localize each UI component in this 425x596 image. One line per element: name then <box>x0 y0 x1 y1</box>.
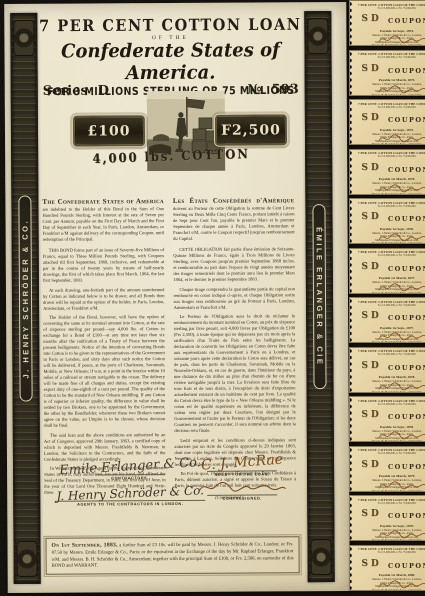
countersignature-squiggle <box>197 478 287 495</box>
left-ornamental-band: J. HENRY SCHRÖDER & CO. <box>10 13 40 584</box>
coupon-title-wrap: COUPON <box>382 60 425 78</box>
interest-coupon: 7 PER CENT. COTTON LOAN OF THE CONFEDERA… <box>349 50 425 96</box>
francs-denomination-plaque: F2,500 <box>215 114 287 145</box>
sterling-denomination-plaque: £100 <box>73 115 145 146</box>
coupon-series-marks: S D <box>358 14 382 24</box>
coupon-midrow: S D COUPON <box>358 307 425 325</box>
coupon-series-marks: S D <box>358 559 382 569</box>
interest-coupon: 7 PER CENT. COTTON LOAN OF THE CONFEDERA… <box>349 248 425 294</box>
coupon-midrow: S D COUPON <box>358 456 425 474</box>
coupon-title: COUPON <box>388 512 425 520</box>
interest-coupon: 7 PER CENT. COTTON LOAN OF THE CONFEDERA… <box>349 347 425 393</box>
coupon-title-wrap: COUPON <box>382 258 425 276</box>
loan-agent-signature-block: C. J. McRae AGENT FOR THE LOAN. CONTRESI… <box>187 454 297 501</box>
coupon-title-wrap: COUPON <box>382 109 425 127</box>
coupon-title-wrap: COUPON <box>382 208 425 226</box>
coupon-signature-squiggle <box>377 577 425 589</box>
coupon-signature-squiggle <box>377 329 425 341</box>
coupon-signature-squiggle <box>377 428 425 440</box>
coupon-mark-2: D <box>371 311 379 321</box>
coupon-signature-squiggle <box>377 280 425 292</box>
coupon-title-wrap: COUPON <box>382 357 425 375</box>
english-paragraph: THIS BOND forms part of an issue of Seve… <box>43 247 165 284</box>
coupon-signature-squiggle <box>377 131 425 143</box>
coupon-mark-1: S <box>361 113 368 123</box>
right-band-name: ÉMILE ERLANGER & CIE <box>312 204 326 389</box>
coupon-title-wrap: COUPON <box>382 555 425 573</box>
coupon-mark-2: D <box>371 64 379 74</box>
coupon-mark-1: S <box>361 212 368 222</box>
coupon-signature-squiggle <box>377 478 425 490</box>
signature-zone: Emile Erlanger & Co. CONTRACTORS. J. Hen… <box>47 454 297 534</box>
bond-number: № 593 <box>247 82 298 97</box>
coupon-mark-1: S <box>361 410 368 420</box>
coupon-title-wrap: COUPON <box>382 159 425 177</box>
interest-coupon: 7 PER CENT. COTTON LOAN OF THE CONFEDERA… <box>349 99 425 145</box>
coupon-mark-1: S <box>361 460 368 470</box>
countersigned-label: CONTRESIGNED. <box>207 494 277 500</box>
coupon-mark-1: S <box>361 559 368 569</box>
coupon-series-marks: S D <box>358 311 382 321</box>
coupon-header: 7 PER CENT. COTTON LOAN OF THE CONFEDERA… <box>358 399 425 403</box>
coupon-series-marks: S D <box>358 163 382 173</box>
english-text-column: The Confederate States of America are in… <box>42 197 165 499</box>
issuer-name: Confederate States of America. <box>38 39 302 85</box>
french-paragraph: Le Porteur de l'Obligation aura le droit… <box>174 314 296 435</box>
coupon-mark-2: D <box>371 410 379 420</box>
coupon-mark-1: S <box>361 262 368 272</box>
french-opening-rest: doivent au Porteur de cette Obligation l… <box>173 206 295 242</box>
coupon-midrow: S D COUPON <box>358 60 425 78</box>
coupon-title: COUPON <box>388 166 425 174</box>
coupon-title: COUPON <box>388 265 425 273</box>
coupon-title-wrap: COUPON <box>382 10 425 28</box>
loan-title: 7 PER CENT COTTON LOAN <box>38 15 302 35</box>
coupon-signature-squiggle <box>377 181 425 193</box>
coupon-series-marks: S D <box>358 113 382 123</box>
interest-coupon: 7 PER CENT. COTTON LOAN OF THE CONFEDERA… <box>349 149 425 195</box>
coupon-title: COUPON <box>388 562 425 570</box>
coupon-signature-squiggle <box>377 230 425 242</box>
interest-coupon: 7 PER CENT. COTTON LOAN OF THE CONFEDERA… <box>349 495 425 541</box>
coupon-title: COUPON <box>388 314 425 322</box>
french-paragraph: CETTE OBLIGATION fait partie d'une émiss… <box>173 247 295 284</box>
coupon-mark-1: S <box>361 311 368 321</box>
bond-certificate: J. HENRY SCHRÖDER & CO. ÉMILE ERLANGER &… <box>4 2 350 593</box>
coupon-series-marks: S D <box>358 509 382 519</box>
series-value: D <box>98 83 109 98</box>
english-paragraph: The Holder of the Bond, however, will ha… <box>43 314 165 429</box>
contractors-signature-block: Emile Erlanger & Co. CONTRACTORS. J. Hen… <box>55 459 205 507</box>
coupon-title: COUPON <box>388 364 425 372</box>
coupon-midrow: S D COUPON <box>358 10 425 28</box>
coupon-title: COUPON <box>388 215 425 223</box>
coupon-midrow: S D COUPON <box>358 505 425 523</box>
redemption-date-lead: On 1st September, 1883, <box>51 542 117 548</box>
coupon-series-marks: S D <box>358 460 382 470</box>
interest-coupon: 7 PER CENT. COTTON LOAN OF THE CONFEDERA… <box>349 198 425 244</box>
series: Series D <box>43 83 109 98</box>
coupon-mark-1: S <box>361 361 368 371</box>
coupon-mark-2: D <box>371 460 379 470</box>
coupon-mark-2: D <box>371 361 379 371</box>
coupon-header: 7 PER CENT. COTTON LOAN OF THE CONFEDERA… <box>358 498 425 502</box>
coupon-title-wrap: COUPON <box>382 456 425 474</box>
interest-coupon: 7 PER CENT. COTTON LOAN OF THE CONFEDERA… <box>349 396 425 442</box>
coupon-midrow: S D COUPON <box>358 555 425 573</box>
coupon-header: 7 PER CENT. COTTON LOAN OF THE CONFEDERA… <box>358 102 425 106</box>
interest-coupon: 7 PER CENT. COTTON LOAN OF THE CONFEDERA… <box>349 297 425 343</box>
number-label: № <box>247 82 261 97</box>
english-opening-rest: are indebted to the Holder of this Bond … <box>42 206 164 242</box>
coupon-title-wrap: COUPON <box>382 406 425 424</box>
number-value: 593 <box>272 82 299 97</box>
coupon-title: COUPON <box>388 17 425 25</box>
coupon-series-marks: S D <box>358 262 382 272</box>
coupon-signature-squiggle <box>377 527 425 539</box>
coupon-header: 7 PER CENT. COTTON LOAN OF THE CONFEDERA… <box>358 300 425 304</box>
english-paragraph: At each drawing, one-fortieth part of th… <box>43 287 165 312</box>
coupon-title-wrap: COUPON <box>382 307 425 325</box>
english-opening-paragraph: The Confederate States of America are in… <box>42 197 164 243</box>
french-lead: Les États Confédérés d'Amérique <box>173 196 295 205</box>
sterling-amount: £100 <box>87 123 130 139</box>
coupon-mark-1: S <box>361 64 368 74</box>
coupon-midrow: S D COUPON <box>358 357 425 375</box>
interest-coupon: 7 PER CENT. COTTON LOAN OF THE CONFEDERA… <box>349 446 425 492</box>
series-label: Series <box>43 84 88 99</box>
coupon-mark-1: S <box>361 14 368 24</box>
coupon-midrow: S D COUPON <box>358 406 425 424</box>
interest-coupon: 7 PER CENT. COTTON LOAN OF THE CONFEDERA… <box>349 0 425 46</box>
coupon-title: COUPON <box>388 463 425 471</box>
coupon-series-marks: S D <box>358 212 382 222</box>
scanned-bond-document: { "certificate": { "header": { "line1": … <box>0 0 425 596</box>
coupon-series-marks: S D <box>358 64 382 74</box>
coupon-signature-squiggle <box>377 32 425 44</box>
coupon-column: 7 PER CENT. COTTON LOAN OF THE CONFEDERA… <box>349 0 425 596</box>
interest-coupon: 7 PER CENT. COTTON LOAN OF THE CONFEDERA… <box>349 545 425 591</box>
coupon-signature-squiggle <box>377 379 425 391</box>
coupon-header: 7 PER CENT. COTTON LOAN OF THE CONFEDERA… <box>358 3 425 7</box>
french-opening-paragraph: Les États Confédérés d'Amérique doivent … <box>173 196 295 242</box>
coupon-signature-squiggle <box>377 82 425 94</box>
coupon-series-marks: S D <box>358 410 382 420</box>
coupon-midrow: S D COUPON <box>358 159 425 177</box>
coupon-title-wrap: COUPON <box>382 505 425 523</box>
coupon-midrow: S D COUPON <box>358 258 425 276</box>
left-band-name: J. HENRY SCHRÖDER & CO. <box>18 196 32 402</box>
coupon-title: COUPON <box>388 116 425 124</box>
coupon-mark-2: D <box>371 113 379 123</box>
coupon-mark-2: D <box>371 509 379 519</box>
coupon-midrow: S D COUPON <box>358 109 425 127</box>
french-paragraph: Chaque tirage comprendra la quarantième … <box>173 286 295 311</box>
coupon-mark-2: D <box>371 559 379 569</box>
coupon-midrow: S D COUPON <box>358 208 425 226</box>
coupon-mark-1: S <box>361 509 368 519</box>
redemption-footer: On 1st September, 1883, a further Sum of… <box>45 536 299 575</box>
francs-amount: F2,500 <box>221 122 281 138</box>
coupon-header: 7 PER CENT. COTTON LOAN OF THE CONFEDERA… <box>358 201 425 205</box>
english-lead: The Confederate States of America <box>42 197 164 206</box>
coupon-title: COUPON <box>388 67 425 75</box>
coupon-mark-2: D <box>371 163 379 173</box>
coupon-series-marks: S D <box>358 361 382 371</box>
coupon-mark-1: S <box>361 163 368 173</box>
coupon-mark-2: D <box>371 212 379 222</box>
right-ornamental-band: ÉMILE ERLANGER & CIE <box>304 11 334 582</box>
coupon-title: COUPON <box>388 413 425 421</box>
coupon-mark-2: D <box>371 262 379 272</box>
coupon-mark-2: D <box>371 14 379 24</box>
